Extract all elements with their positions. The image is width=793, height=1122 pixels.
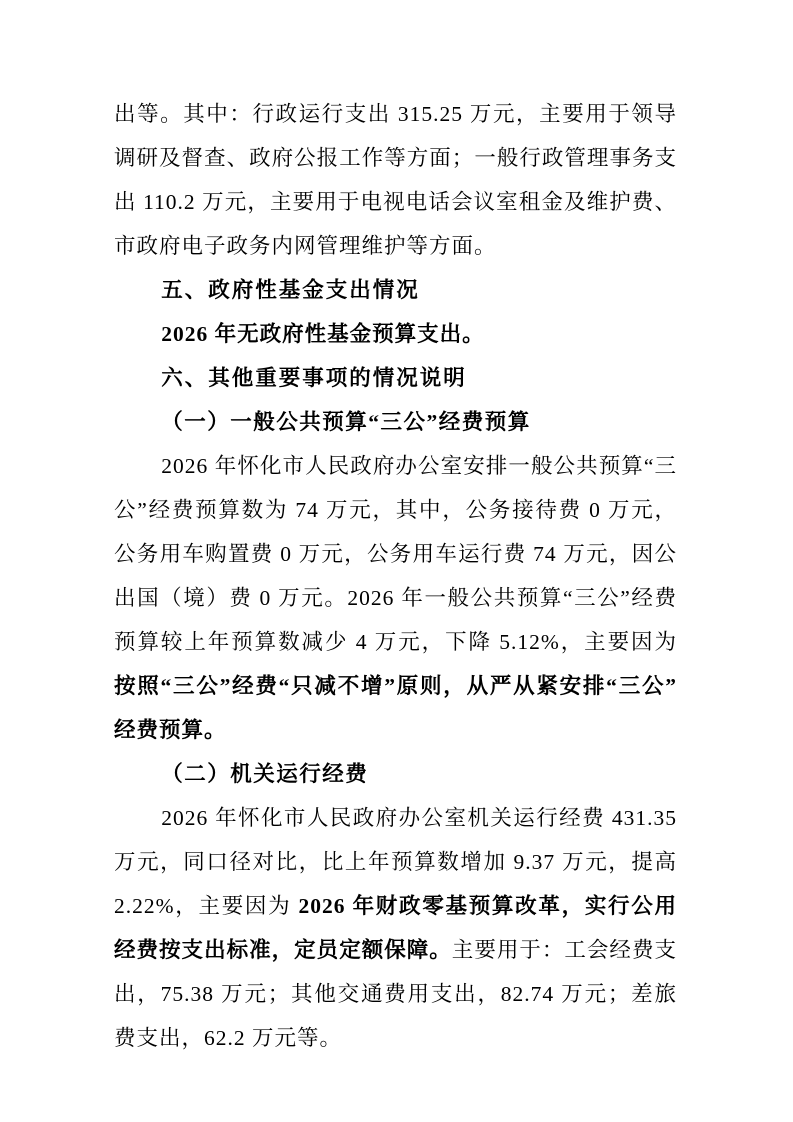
text-run: 出等。其中：行政运行支出 315.25 万元，主要用于领导调研及督查、政府公报工… — [114, 102, 677, 258]
document-page: 出等。其中：行政运行支出 315.25 万元，主要用于领导调研及督查、政府公报工… — [0, 0, 793, 1122]
heading-section-five-govfund-expense: 五、政府性基金支出情况 — [114, 268, 677, 312]
text-run: 按照“三公”经费“只减不增”原则，从严从紧安排“三公”经费预算。 — [114, 674, 677, 742]
paragraph-no-govfund-budget: 2026 年无政府性基金预算支出。 — [114, 312, 677, 356]
text-run: 2026 年怀化市人民政府办公室安排一般公共预算“三公”经费预算数为 74 万元… — [114, 454, 677, 654]
heading-subsection-one-three-public-budget: （一）一般公共预算“三公”经费预算 — [114, 400, 677, 444]
paragraph-agency-operating-cost-detail: 2026 年怀化市人民政府办公室机关运行经费 431.35 万元，同口径对比，比… — [114, 796, 677, 1060]
heading-section-six-other-matters: 六、其他重要事项的情况说明 — [114, 356, 677, 400]
paragraph-admin-operations-expense: 出等。其中：行政运行支出 315.25 万元，主要用于领导调研及督查、政府公报工… — [114, 92, 677, 268]
paragraph-three-public-funds-detail: 2026 年怀化市人民政府办公室安排一般公共预算“三公”经费预算数为 74 万元… — [114, 444, 677, 752]
heading-subsection-two-agency-operating-cost: （二）机关运行经费 — [114, 752, 677, 796]
